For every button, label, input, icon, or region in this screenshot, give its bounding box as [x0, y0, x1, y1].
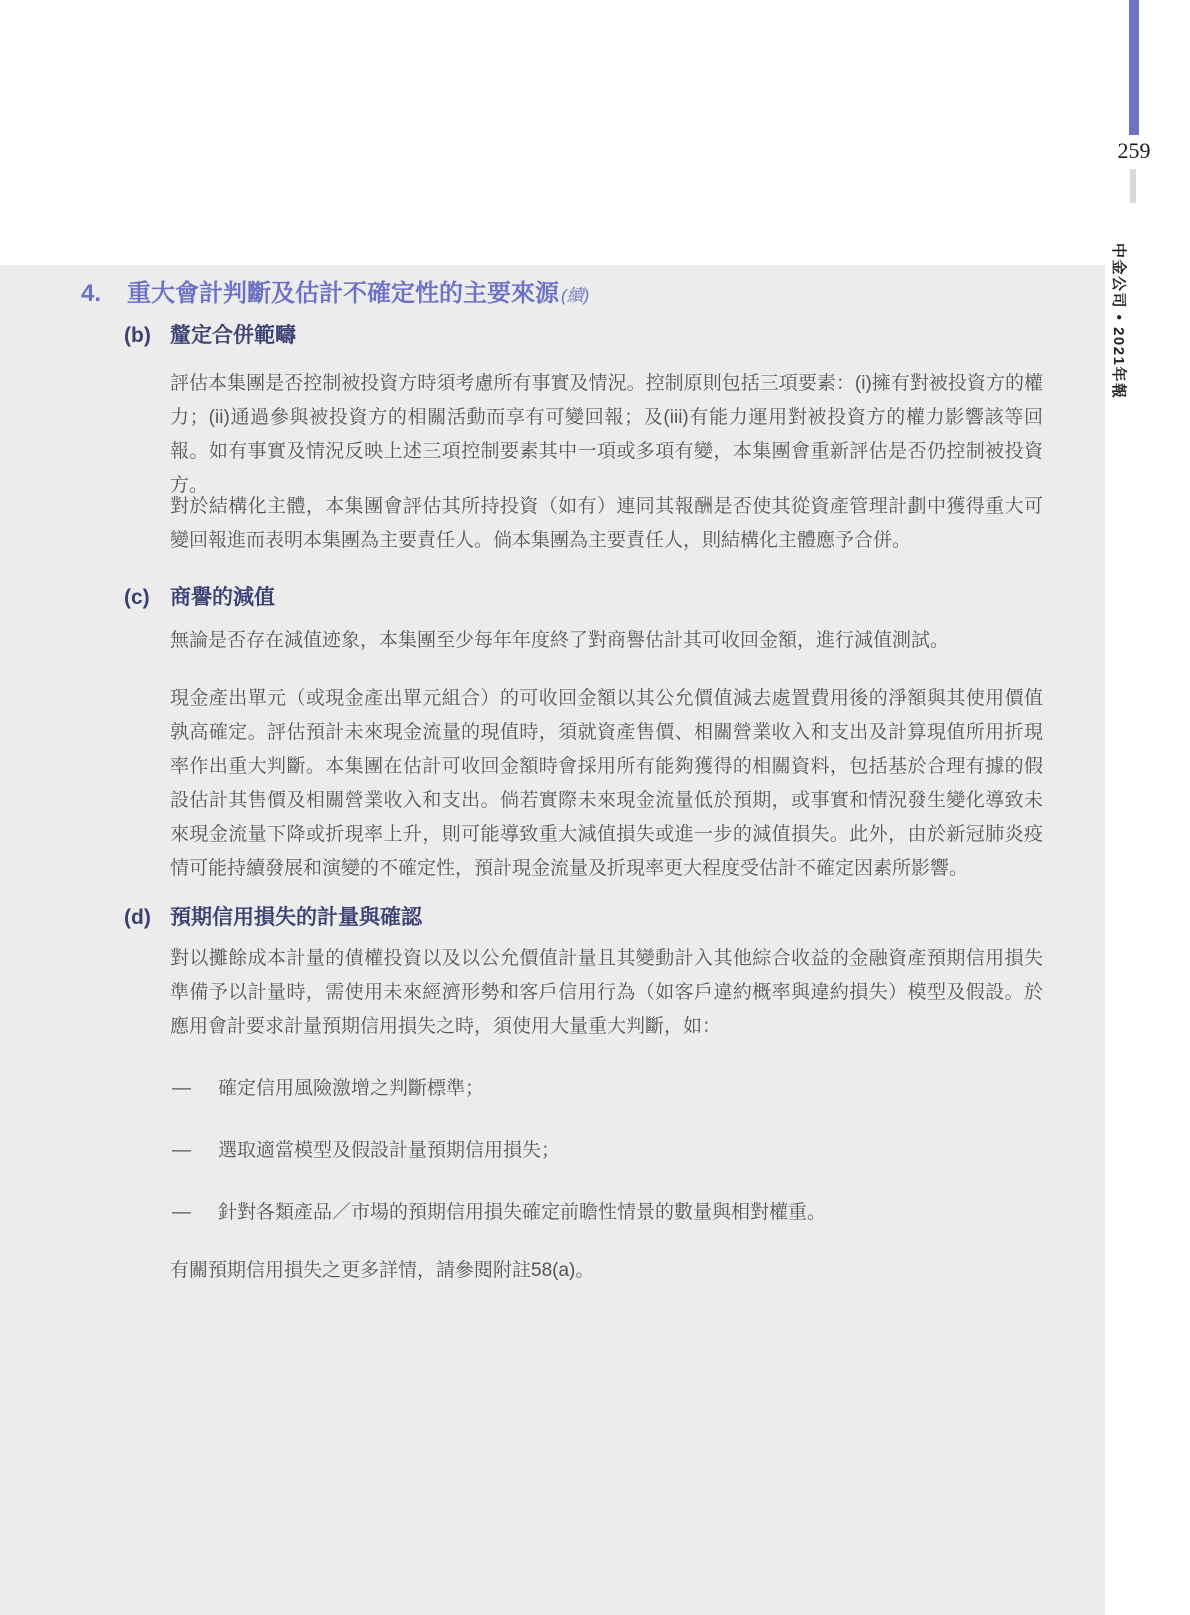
paragraph-d1: 對以攤餘成本計量的債權投資以及以公允價值計量且其變動計入其他綜合收益的金融資產預…: [170, 942, 1043, 1044]
paragraph-b1: 評估本集團是否控制被投資方時須考慮所有事實及情況。控制原則包括三項要素：(i)擁…: [170, 367, 1043, 503]
subsection-b-label: (b): [124, 322, 170, 349]
bullet-dash: —: [172, 1196, 218, 1230]
bullet-text-1: 確定信用風險激增之判斷標準；: [218, 1072, 484, 1106]
accent-bar: [1129, 0, 1139, 135]
content-panel: 4. 重大會計判斷及估計不確定性的主要來源(續) (b) 釐定合併範疇 評估本集…: [0, 265, 1105, 1615]
bullet-text-2: 選取適當模型及假設計量預期信用損失；: [218, 1134, 560, 1168]
bullet-item-2: — 選取適當模型及假設計量預期信用損失；: [172, 1134, 1045, 1168]
subsection-d-title: 預期信用損失的計量與確認: [170, 904, 422, 931]
subsection-d-label: (d): [124, 904, 170, 931]
bullet-text-3: 針對各類產品／市場的預期信用損失確定前瞻性情景的數量與相對權重。: [218, 1196, 826, 1230]
bullet-item-3: — 針對各類產品／市場的預期信用損失確定前瞻性情景的數量與相對權重。: [172, 1196, 1045, 1230]
subsection-c-title: 商譽的減值: [170, 584, 275, 611]
section-title-continued: (續): [561, 286, 589, 305]
bullet-dash: —: [172, 1134, 218, 1168]
bullet-dash: —: [172, 1072, 218, 1106]
report-page: 259 中金公司 • 2021年報 4. 重大會計判斷及估計不確定性的主要來源(…: [0, 0, 1190, 1615]
subsection-c-label: (c): [124, 584, 170, 611]
paragraph-b2: 對於結構化主體，本集團會評估其所持投資（如有）連同其報酬是否使其從資產管理計劃中…: [170, 490, 1043, 558]
subsection-b-heading: (b) 釐定合併範疇: [124, 322, 296, 349]
paragraph-c1: 無論是否存在減值迹象，本集團至少每年年度終了對商譽估計其可收回金額，進行減值測試…: [170, 624, 1043, 658]
sidebar-vertical-text: 中金公司 • 2021年報: [1108, 243, 1128, 399]
section-title: 重大會計判斷及估計不確定性的主要來源: [127, 280, 559, 307]
page-number-tick: [1130, 169, 1136, 203]
subsection-d-heading: (d) 預期信用損失的計量與確認: [124, 904, 422, 931]
page-number: 259: [1108, 138, 1160, 164]
paragraph-c2: 現金產出單元（或現金產出單元組合）的可收回金額以其公允價值減去處置費用後的淨額與…: [170, 682, 1043, 886]
section-number: 4.: [81, 279, 127, 309]
note-reference-line: 有關預期信用損失之更多詳情，請參閱附註58(a)。: [170, 1254, 1043, 1288]
section-heading: 4. 重大會計判斷及估計不確定性的主要來源(續): [81, 279, 589, 309]
subsection-c-heading: (c) 商譽的減值: [124, 584, 275, 611]
bullet-item-1: — 確定信用風險激增之判斷標準；: [172, 1072, 1045, 1106]
subsection-b-title: 釐定合併範疇: [170, 322, 296, 349]
